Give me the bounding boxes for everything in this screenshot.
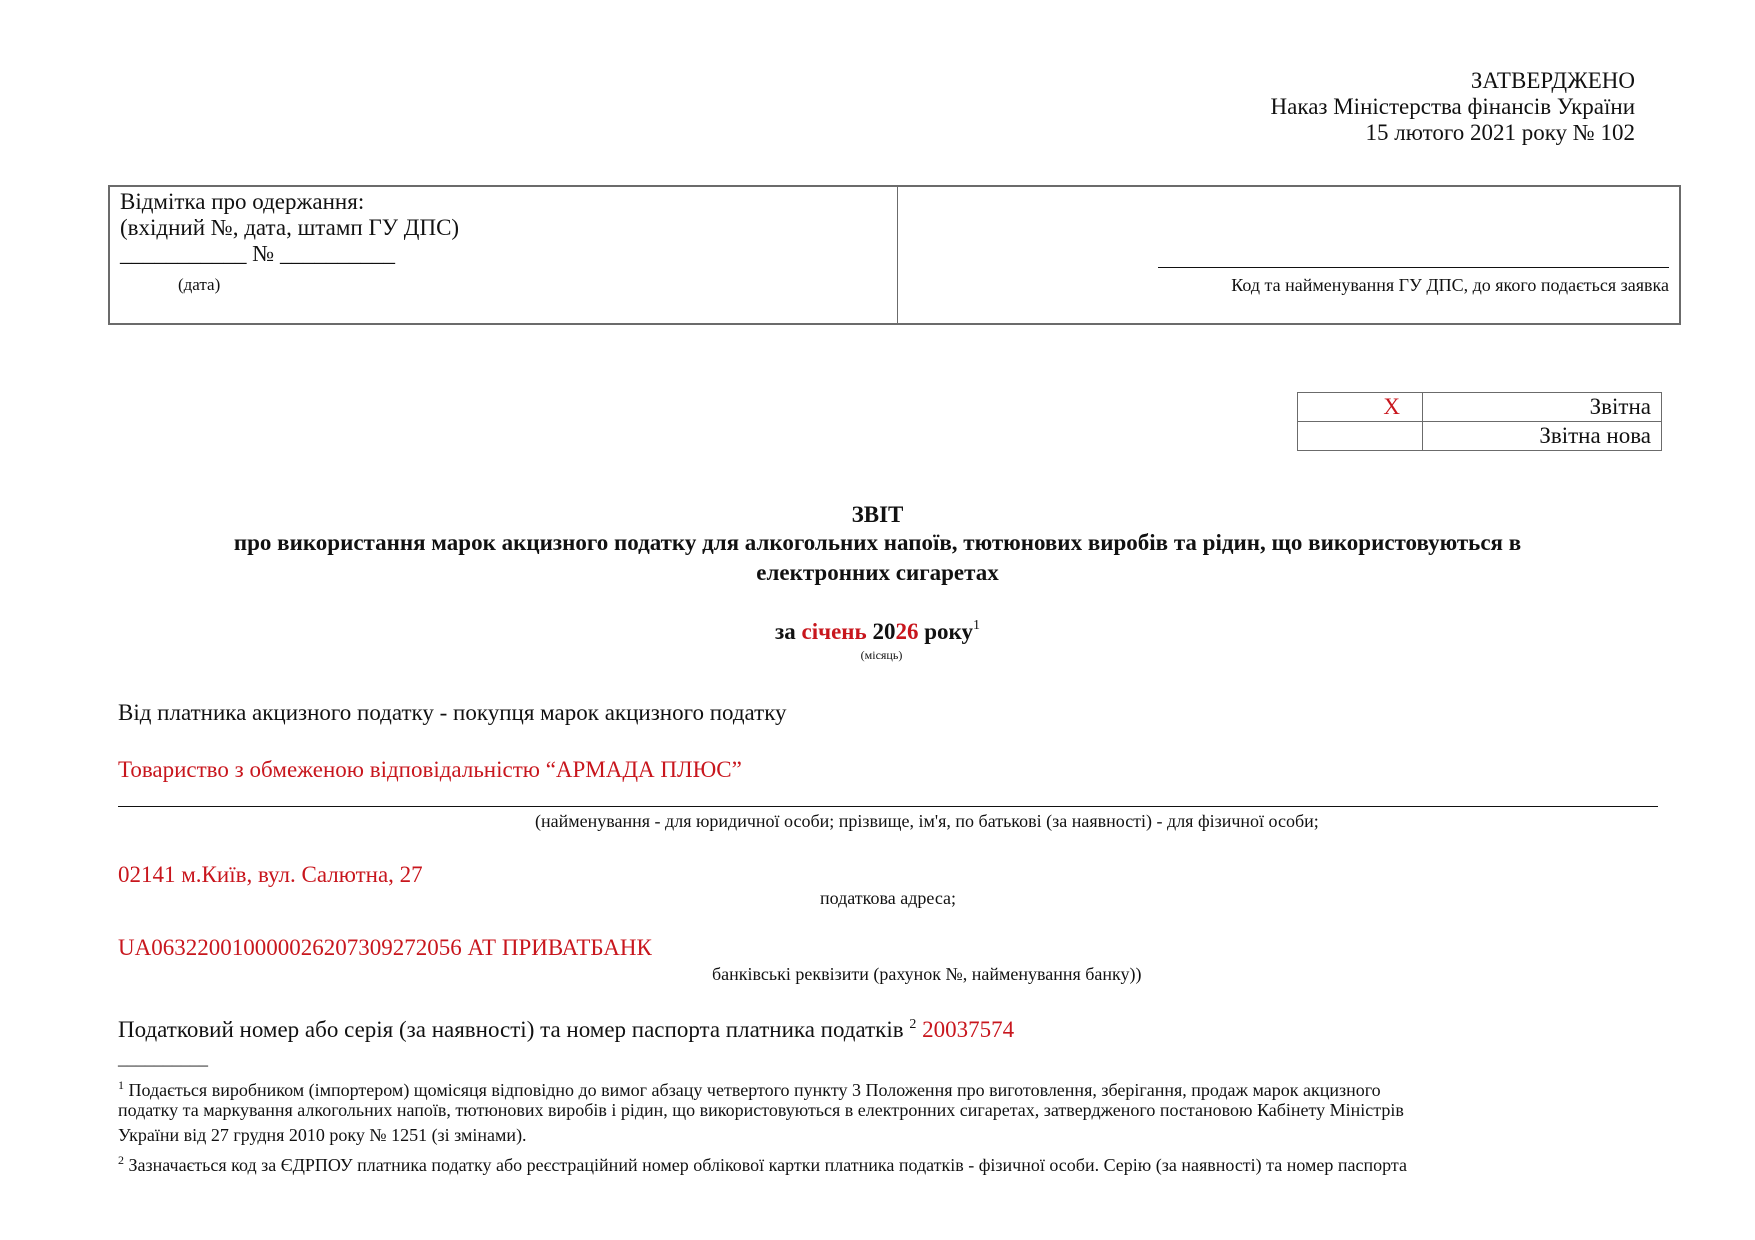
period-prefix: за xyxy=(775,619,796,644)
footnote-ref-1: 1 xyxy=(973,618,980,633)
period-month[interactable]: січень xyxy=(802,619,867,644)
footnote-separator: __________ xyxy=(118,1048,208,1069)
payer-intro: Від платника акцизного податку - покупця… xyxy=(118,700,787,726)
report-subtitle-line1: про використання марок акцизного податку… xyxy=(0,530,1755,556)
payer-address-caption: податкова адреса; xyxy=(820,888,956,909)
authority-field-line[interactable] xyxy=(1158,267,1669,268)
receipt-box: Відмітка про одержання: (вхідний №, дата… xyxy=(108,185,1681,325)
period-suffix: року xyxy=(924,619,973,644)
approval-order: Наказ Міністерства фінансів України xyxy=(1271,94,1635,120)
report-type-checkbox[interactable]: X xyxy=(1298,393,1423,422)
report-type-table: X Звітна Звітна нова xyxy=(1297,392,1662,451)
payer-name-underline xyxy=(118,806,1658,807)
report-type-checkbox[interactable] xyxy=(1298,422,1423,451)
footnote-2-text: Зазначається код за ЄДРПОУ платника пода… xyxy=(124,1155,1407,1175)
payer-bank-field[interactable]: UA063220010000026207309272056 АТ ПРИВАТБ… xyxy=(118,935,652,961)
footnote-1-line2: податку та маркування алкогольних напоїв… xyxy=(118,1098,1404,1123)
receipt-date-caption: (дата) xyxy=(178,275,220,295)
report-type-label: Звітна xyxy=(1423,393,1662,422)
payer-address-field[interactable]: 02141 м.Київ, вул. Салютна, 27 xyxy=(118,862,423,888)
payer-name-caption: (найменування - для юридичної особи; прі… xyxy=(535,811,1319,832)
authority-area[interactable]: Код та найменування ГУ ДПС, до якого под… xyxy=(898,187,1679,323)
receipt-number-field[interactable]: ___________ № __________ xyxy=(120,241,395,267)
tax-number-field[interactable]: 20037574 xyxy=(922,1017,1014,1042)
footnote-ref-2: 2 xyxy=(909,1017,916,1032)
period-year: 2026 xyxy=(872,619,918,644)
report-subtitle-line2: електронних сигаретах xyxy=(0,560,1755,586)
receipt-title: Відмітка про одержання: xyxy=(120,189,364,215)
footnote-2-line1: 2 Зазначається код за ЄДРПОУ платника по… xyxy=(118,1148,1407,1178)
receipt-subtitle: (вхідний №, дата, штамп ГУ ДПС) xyxy=(120,215,459,241)
period-year-value[interactable]: 26 xyxy=(895,619,918,644)
month-caption: (місяць) xyxy=(0,648,1755,663)
payer-name-field[interactable]: Товариство з обмеженою відповідальністю … xyxy=(118,757,742,783)
authority-caption: Код та найменування ГУ ДПС, до якого под… xyxy=(1231,275,1669,296)
tax-number-label: Податковий номер або серія (за наявності… xyxy=(118,1017,904,1042)
report-period: за січень 2026 року1 xyxy=(0,618,1755,645)
approval-block: ЗАТВЕРДЖЕНО Наказ Міністерства фінансів … xyxy=(1271,68,1635,146)
approval-date: 15 лютого 2021 року № 102 xyxy=(1271,120,1635,146)
approval-heading: ЗАТВЕРДЖЕНО xyxy=(1271,68,1635,94)
footnote-1-line3: України від 27 грудня 2010 року № 1251 (… xyxy=(118,1123,527,1148)
tax-number-row: Податковий номер або серія (за наявності… xyxy=(118,1017,1014,1043)
report-type-label: Звітна нова xyxy=(1423,422,1662,451)
period-year-fixed: 20 xyxy=(872,619,895,644)
report-type-row[interactable]: X Звітна xyxy=(1298,393,1662,422)
report-heading: ЗВІТ xyxy=(0,502,1755,528)
receipt-stamp-area[interactable]: Відмітка про одержання: (вхідний №, дата… xyxy=(110,187,898,323)
report-type-row[interactable]: Звітна нова xyxy=(1298,422,1662,451)
payer-bank-caption: банківські реквізити (рахунок №, наймену… xyxy=(712,964,1142,985)
footnote-1-text: Подається виробником (імпортером) щоміся… xyxy=(124,1080,1381,1100)
